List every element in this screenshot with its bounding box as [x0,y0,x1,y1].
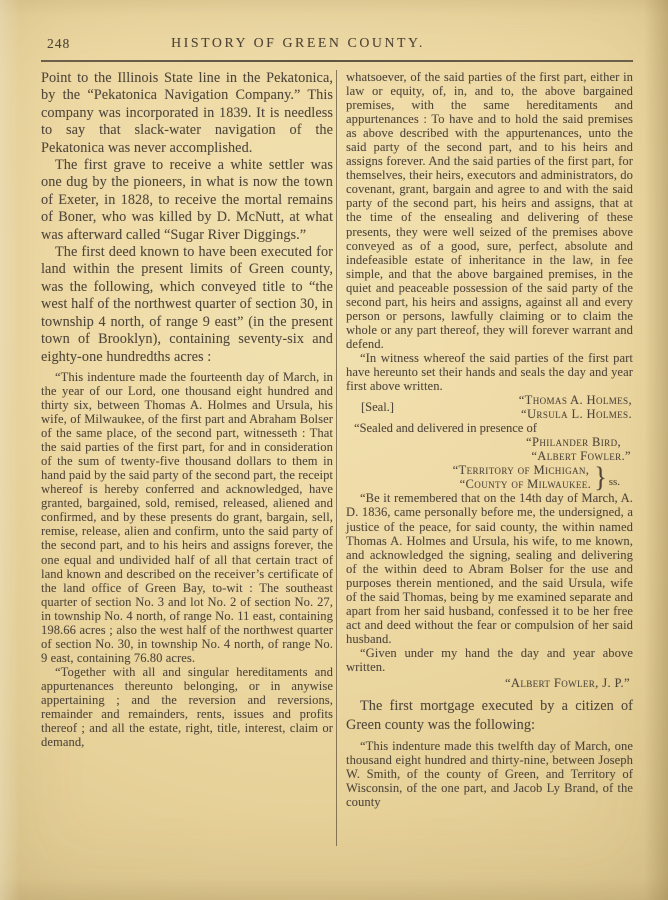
paragraph-first-grave: The first grave to receive a white settl… [41,157,333,244]
column-divider [336,70,337,846]
paragraph-first-deed: The first deed known to have been execut… [41,244,333,366]
right-column: whatsoever, of the said parties of the f… [346,70,633,846]
signatory-names: “Thomas A. Holmes, “Ursula L. Holmes. [519,393,633,421]
witness-name: “Albert Fowler.” [346,449,633,463]
left-column: Point to the Illinois State line in the … [41,70,333,846]
paragraph-together-with: “Together with all and singular heredita… [41,665,333,749]
text-columns: Point to the Illinois State line in the … [41,70,633,846]
paragraph-be-it-remembered: “Be it remembered that on the 14th day o… [346,491,633,646]
paragraph-given-under: “Given under my hand the day and year ab… [346,646,633,674]
header-rule [41,60,633,62]
brace-glyph: } [594,463,606,492]
witness-intro: “Sealed and delivered in presence of [346,421,633,435]
witness-name: “Philander Bird, [346,435,633,449]
paragraph-pekatonica: Point to the Illinois State line in the … [41,70,333,157]
paragraph-indenture-1836: “This indenture made the fourteenth day … [41,370,333,665]
signatory-name: “Thomas A. Holmes, [519,393,632,407]
signatory-name: “Ursula L. Holmes. [519,407,632,421]
seal-signature-row: [Seal.] “Thomas A. Holmes, “Ursula L. Ho… [346,393,633,421]
paragraph-in-witness: “In witness whereof the said parties of … [346,351,633,393]
officer-signature: “Albert Fowler, J. P.” [346,676,633,690]
seal-label: [Seal.] [346,400,394,414]
paragraph-first-mortgage: The first mortgage executed by a citizen… [346,697,633,734]
running-title: HISTORY OF GREEN COUNTY. [0,35,632,51]
scilicet-abbr: ss. [609,475,620,489]
paragraph-whatsoever: whatsoever, of the said parties of the f… [346,70,633,351]
book-page: 248 HISTORY OF GREEN COUNTY. Point to th… [0,0,668,900]
jurisdiction-line: “County of Milwaukee. [453,477,592,491]
paragraph-indenture-1839: “This indenture made this twelfth day of… [346,739,633,809]
jurisdiction-block: “Territory of Michigan, “County of Milwa… [346,463,633,491]
jurisdiction-line: “Territory of Michigan, [453,463,592,477]
jurisdiction-lines: “Territory of Michigan, “County of Milwa… [453,463,592,491]
